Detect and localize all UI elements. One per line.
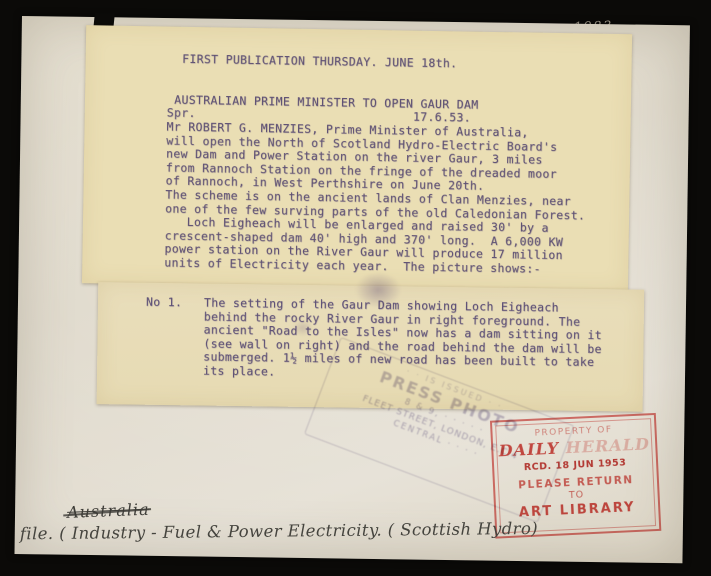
photograph-of-press-print-back: { "photo_back": { "catalog_number": "198…: [0, 0, 711, 576]
file-note-handwriting: file. ( Industry - Fuel & Power Electric…: [20, 519, 538, 543]
library-stamp-daily: DAILY: [498, 439, 559, 461]
ink-blot: [288, 316, 318, 340]
photo-paper: FIRST PUBLICATION THURSDAY. JUNE 18th. A…: [14, 16, 689, 563]
library-stamp-herald: HERALD: [565, 434, 650, 457]
library-stamp-inner-border: PROPERTY OF DAILY HERALD RCD. 18 JUN 195…: [495, 418, 656, 533]
crossed-out-handwriting: Australia: [67, 500, 150, 522]
caption-slip: FIRST PUBLICATION THURSDAY. JUNE 18th. A…: [82, 25, 632, 292]
ink-blot: [346, 265, 411, 316]
typed-caption-text: FIRST PUBLICATION THURSDAY. JUNE 18th. A…: [82, 25, 632, 278]
